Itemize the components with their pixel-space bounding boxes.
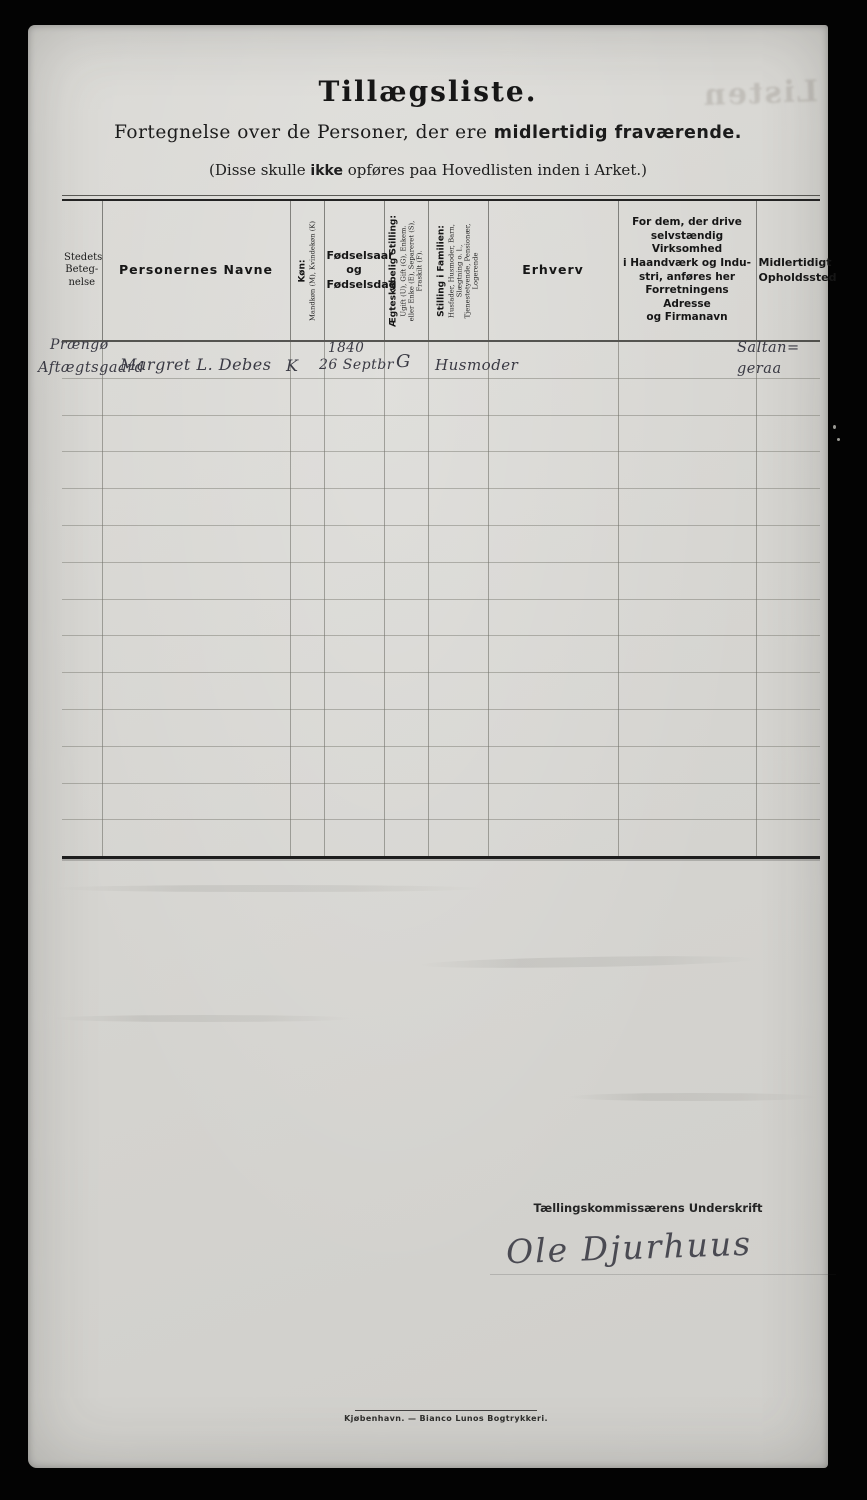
table-cell — [62, 378, 102, 415]
table-cell — [62, 820, 102, 858]
table-cell — [290, 415, 324, 452]
table-cell — [428, 525, 488, 562]
table-cell — [428, 378, 488, 415]
scan-speck — [833, 425, 836, 429]
header-place: Stedets Beteg- nelse — [62, 200, 102, 341]
table-cell — [324, 783, 384, 820]
table-cell — [488, 709, 618, 746]
bleed-smudge — [53, 885, 483, 892]
table-cell — [290, 746, 324, 783]
header-marital-sub: Ugift (U), Gift (G), Enkem. eller Enke (… — [399, 206, 423, 336]
header-family: Stilling i Familien: Husfader, Husmoder,… — [428, 200, 488, 341]
table-cell — [102, 709, 290, 746]
printer-rule — [355, 1410, 537, 1411]
header-sex-sub: Mandkøn (M), Kvindekøn (K) — [308, 208, 316, 334]
table-cell — [618, 415, 756, 452]
table-cell — [428, 746, 488, 783]
census-form-paper: Listen Tillægsliste. Fortegnelse over de… — [28, 25, 828, 1468]
signature-name: Ole Djurhuus — [505, 1224, 752, 1272]
table-cell — [324, 636, 384, 673]
table-cell — [384, 452, 428, 489]
table-row — [62, 820, 820, 858]
table-cell — [62, 489, 102, 526]
table-cell — [428, 452, 488, 489]
table-cell — [384, 746, 428, 783]
header-residence: Midlertidigt Opholdssted — [756, 200, 820, 341]
table-cell — [102, 489, 290, 526]
signature-line — [490, 1274, 836, 1275]
table-row — [62, 489, 820, 526]
table-cell — [62, 599, 102, 636]
table-cell — [290, 489, 324, 526]
header-marital-title: Ægteskabelig Stilling: — [389, 206, 400, 336]
table-cell — [618, 783, 756, 820]
header-birth: Fødselsaar og Fødselsdag — [324, 200, 384, 341]
table-cell — [290, 452, 324, 489]
table-cell — [756, 746, 820, 783]
table-cell — [290, 562, 324, 599]
table-cell — [324, 415, 384, 452]
table-cell — [618, 489, 756, 526]
table-cell — [290, 709, 324, 746]
table-cell — [62, 415, 102, 452]
table-top-rule — [62, 195, 820, 196]
entry-marital-status: G — [396, 351, 411, 372]
table-cell — [428, 709, 488, 746]
table-cell — [488, 820, 618, 858]
entry-place-line1: Prængø — [50, 337, 109, 353]
table-cell — [618, 599, 756, 636]
table-cell — [428, 820, 488, 858]
table-cell — [290, 378, 324, 415]
table-row — [62, 673, 820, 710]
table-row — [62, 783, 820, 820]
table-cell — [290, 673, 324, 710]
table-cell — [102, 562, 290, 599]
table-cell — [756, 452, 820, 489]
table-cell — [384, 415, 428, 452]
table-cell — [756, 599, 820, 636]
table-cell — [428, 489, 488, 526]
table-row — [62, 599, 820, 636]
table-cell — [618, 562, 756, 599]
table-cell — [618, 378, 756, 415]
table-cell — [102, 525, 290, 562]
table-row — [62, 562, 820, 599]
table-cell — [384, 783, 428, 820]
table-cell — [488, 783, 618, 820]
table-cell — [488, 452, 618, 489]
table-cell — [62, 709, 102, 746]
table-cell — [488, 415, 618, 452]
bleed-smudge — [568, 1093, 818, 1101]
table-cell — [324, 746, 384, 783]
table-cell — [384, 378, 428, 415]
table-cell — [384, 673, 428, 710]
table-row — [62, 415, 820, 452]
table-cell — [324, 820, 384, 858]
table-cell — [488, 636, 618, 673]
entry-family-position: Husmoder — [435, 356, 518, 374]
table-cell — [62, 783, 102, 820]
table-cell — [428, 636, 488, 673]
table-cell — [290, 636, 324, 673]
table-cell — [428, 415, 488, 452]
table-cell — [618, 452, 756, 489]
table-cell — [62, 452, 102, 489]
table-cell — [62, 746, 102, 783]
table-cell — [756, 636, 820, 673]
table-cell — [756, 525, 820, 562]
signature-label: Tællingskommissærens Underskrift — [498, 1201, 798, 1215]
table-cell — [428, 599, 488, 636]
table-cell — [488, 673, 618, 710]
table-cell — [324, 378, 384, 415]
table-cell — [290, 820, 324, 858]
table-cell — [618, 341, 756, 378]
table-row — [62, 746, 820, 783]
table-cell — [488, 378, 618, 415]
entry-birth-date: 26 Septbr — [319, 357, 394, 373]
table-cell — [428, 562, 488, 599]
form-title: Tillægsliste. — [28, 75, 828, 108]
table-cell — [488, 525, 618, 562]
table-cell — [756, 820, 820, 858]
table-cell — [384, 709, 428, 746]
table-cell — [756, 783, 820, 820]
table-cell — [384, 525, 428, 562]
form-note-post: opføres paa Hovedlisten inden i Arket.) — [343, 161, 647, 179]
entry-name: Margret L. Debes — [120, 355, 271, 374]
table-cell — [384, 636, 428, 673]
census-table: Stedets Beteg- nelse Personernes Navne K… — [62, 195, 820, 859]
table-cell — [62, 636, 102, 673]
table-cell — [324, 709, 384, 746]
table-cell — [324, 562, 384, 599]
table-cell — [488, 599, 618, 636]
census-grid: Stedets Beteg- nelse Personernes Navne K… — [62, 199, 820, 859]
table-cell — [488, 746, 618, 783]
table-cell — [62, 673, 102, 710]
header-marital: Ægteskabelig Stilling: Ugift (U), Gift (… — [384, 200, 428, 341]
table-cell — [618, 820, 756, 858]
table-cell — [62, 562, 102, 599]
table-cell — [324, 673, 384, 710]
table-cell — [102, 599, 290, 636]
entry-sex: K — [286, 356, 298, 375]
bleed-smudge — [53, 1015, 353, 1022]
table-cell — [324, 525, 384, 562]
bleed-smudge — [418, 954, 758, 970]
table-cell — [102, 673, 290, 710]
table-cell — [488, 489, 618, 526]
table-cell — [102, 378, 290, 415]
header-sex: Køn: Mandkøn (M), Kvindekøn (K) — [290, 200, 324, 341]
printer-mark: Kjøbenhavn. — Bianco Lunos Bogtrykkeri. — [275, 1414, 617, 1423]
table-cell — [756, 489, 820, 526]
table-cell — [102, 820, 290, 858]
table-cell — [618, 525, 756, 562]
table-cell — [384, 820, 428, 858]
table-cell — [428, 673, 488, 710]
table-body — [62, 341, 820, 858]
header-sex-title: Køn: — [298, 208, 309, 334]
table-cell — [102, 415, 290, 452]
table-cell — [102, 636, 290, 673]
table-cell — [756, 673, 820, 710]
table-row — [62, 525, 820, 562]
header-family-title: Stilling i Familien: — [437, 207, 448, 335]
table-row — [62, 709, 820, 746]
table-cell — [488, 562, 618, 599]
table-cell — [62, 525, 102, 562]
table-cell — [290, 525, 324, 562]
header-business: For dem, der drive selvstændig Virksomhe… — [618, 200, 756, 341]
table-row — [62, 636, 820, 673]
table-cell — [324, 489, 384, 526]
table-cell — [384, 489, 428, 526]
table-cell — [290, 783, 324, 820]
table-cell — [428, 783, 488, 820]
header-family-sub: Husfader, Husmoder, Barn, Slægtning o. l… — [447, 207, 479, 335]
scanned-page-background: Listen Tillægsliste. Fortegnelse over de… — [0, 0, 867, 1500]
form-note-pre: (Disse skulle — [209, 161, 310, 179]
table-cell — [384, 599, 428, 636]
form-note: (Disse skulle ikke opføres paa Hovedlist… — [28, 161, 828, 179]
table-cell — [756, 378, 820, 415]
header-occupation: Erhverv — [488, 200, 618, 341]
table-cell — [756, 709, 820, 746]
table-cell — [290, 599, 324, 636]
form-note-bold: ikke — [310, 163, 343, 179]
table-cell — [618, 746, 756, 783]
table-cell — [618, 709, 756, 746]
table-row — [62, 378, 820, 415]
header-row: Stedets Beteg- nelse Personernes Navne K… — [62, 200, 820, 341]
table-cell — [756, 562, 820, 599]
table-cell — [324, 599, 384, 636]
entry-temp-residence: Saltan= geraa — [737, 338, 800, 380]
header-name: Personernes Navne — [102, 200, 290, 341]
form-subtitle-bold: midlertidig fraværende. — [494, 123, 742, 143]
table-cell — [618, 673, 756, 710]
form-subtitle-regular: Fortegnelse over de Personer, der ere — [114, 122, 494, 143]
table-cell — [324, 452, 384, 489]
table-cell — [384, 562, 428, 599]
table-cell — [102, 783, 290, 820]
form-subtitle: Fortegnelse over de Personer, der ere mi… — [28, 122, 828, 143]
table-cell — [618, 636, 756, 673]
table-cell — [756, 415, 820, 452]
table-cell — [102, 452, 290, 489]
scan-speck — [837, 438, 840, 441]
table-cell — [102, 746, 290, 783]
table-row — [62, 452, 820, 489]
entry-birth-year: 1840 — [328, 340, 364, 356]
